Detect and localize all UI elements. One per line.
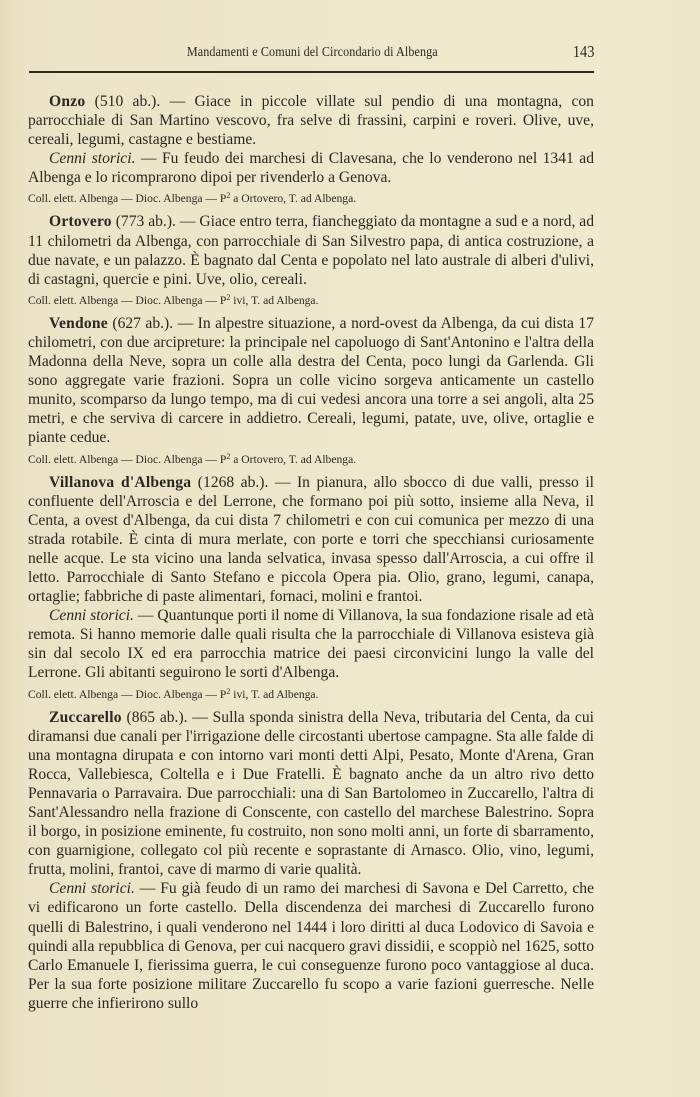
colophon-text-end: ivi, T. ad Albenga. [230,294,318,307]
entry-text: — In pianura, allo sbocco di due valli, … [28,474,594,606]
entry-text: — In alpestre situazione, a nord-ovest d… [28,315,594,447]
history-label: Cenni storici. [49,607,134,624]
colophon-text-end: a Ortovero, T. ad Albenga. [230,192,356,205]
entry-description: Vendone (627 ab.). — In alpestre situazi… [28,314,594,448]
history-label: Cenni storici. [49,150,135,167]
entry-description: Onzo (510 ab.). — Giace in piccole villa… [28,92,594,149]
entry-population: (627 ab.). [112,315,173,332]
entry-colophon: Coll. elett. Albenga — Dioc. Albenga — P… [28,290,594,308]
entry-vendone: Vendone (627 ab.). — In alpestre situazi… [28,314,594,467]
history-text: — Fu già feudo di un ramo dei marchesi d… [28,880,594,1012]
entry-description: Villanova d'Albenga (1268 ab.). — In pia… [28,473,594,607]
colophon-text: Coll. elett. Albenga — Dioc. Albenga — P [28,453,226,466]
entry-name: Onzo [49,93,85,110]
entry-description: Zuccarello (865 ab.). — Sulla sponda sin… [28,708,594,880]
entry-name: Zuccarello [49,709,122,726]
entry-name: Villanova d'Albenga [49,474,191,491]
entry-colophon: Coll. elett. Albenga — Dioc. Albenga — P… [28,684,594,702]
page-body: Onzo (510 ab.). — Giace in piccole villa… [28,92,594,1013]
colophon-text: Coll. elett. Albenga — Dioc. Albenga — P [28,688,226,701]
entry-zuccarello: Zuccarello (865 ab.). — Sulla sponda sin… [28,708,594,1014]
colophon-text-end: ivi, T. ad Albenga. [230,688,318,701]
entry-population: (865 ab.). [127,709,188,726]
entry-onzo: Onzo (510 ab.). — Giace in piccole villa… [28,92,594,206]
colophon-text: Coll. elett. Albenga — Dioc. Albenga — P [28,192,226,205]
colophon-text-end: a Ortovero, T. ad Albenga. [230,453,356,466]
entry-history: Cenni storici. — Quantunque porti il nom… [28,606,594,682]
entry-population: (773 ab.). [116,213,176,230]
header-rule [29,71,594,73]
entry-colophon: Coll. elett. Albenga — Dioc. Albenga — P… [28,449,594,467]
entry-name: Ortovero [49,213,112,230]
entry-villanova-albenga: Villanova d'Albenga (1268 ab.). — In pia… [28,473,594,702]
entry-population: (1268 ab.). [198,474,269,491]
entry-ortovero: Ortovero (773 ab.). — Giace entro terra,… [28,212,594,307]
entry-colophon: Coll. elett. Albenga — Dioc. Albenga — P… [28,188,594,206]
history-label: Cenni storici. [49,880,135,897]
entry-history: Cenni storici. — Fu feudo dei marchesi d… [28,149,594,187]
running-head: Mandamenti e Comuni del Circondario di A… [28,42,594,62]
page-number: 143 [572,42,594,62]
entry-text: — Giace entro terra, fiancheggiato da mo… [28,213,594,287]
entry-name: Vendone [49,315,108,332]
running-title: Mandamenti e Comuni del Circondario di A… [52,44,573,60]
entry-description: Ortovero (773 ab.). — Giace entro terra,… [28,212,594,288]
colophon-text: Coll. elett. Albenga — Dioc. Albenga — P [28,294,226,307]
entry-text: — Sulla sponda sinistra della Neva, trib… [28,709,594,879]
entry-history: Cenni storici. — Fu già feudo di un ramo… [28,879,594,1013]
entry-population: (510 ab.). [95,93,161,110]
